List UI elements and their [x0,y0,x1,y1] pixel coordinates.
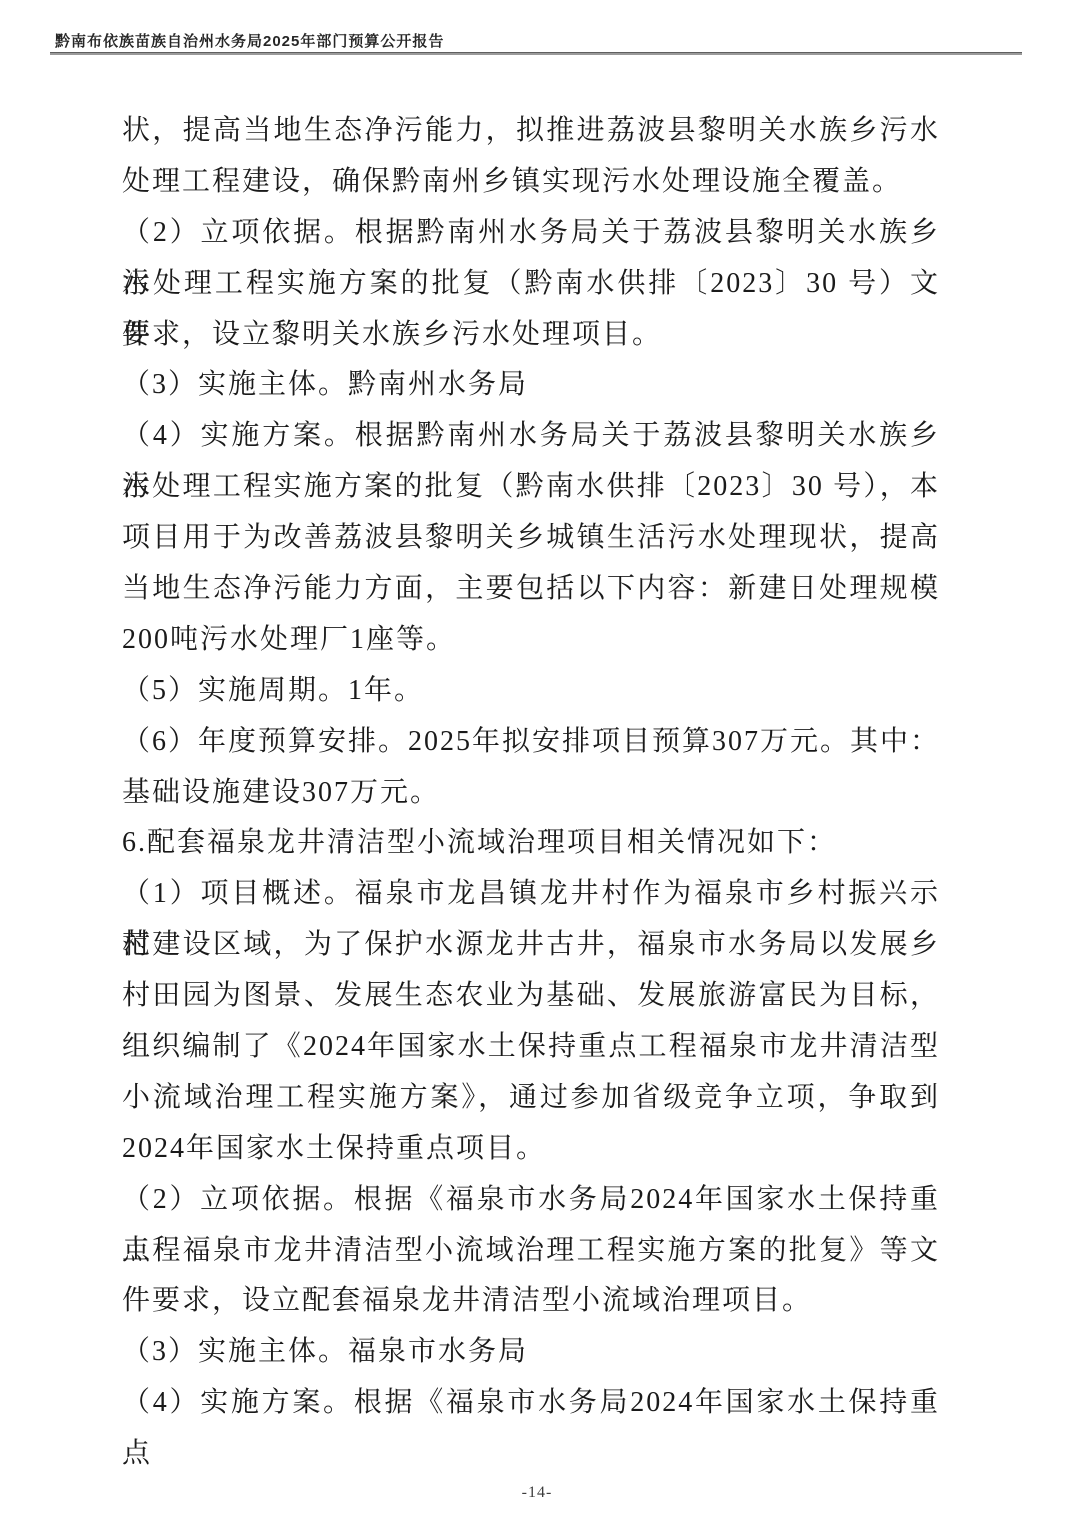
text-line: 当地生态净污能力方面，主要包括以下内容：新建日处理规模 [122,564,940,615]
text-line: （2）立项依据。根据黔南州水务局关于荔波县黎明关水族乡污 [122,208,940,259]
text-line: 工程福泉市龙井清洁型小流域治理工程实施方案的批复》等文 [122,1226,940,1277]
text-line: 项目用于为改善荔波县黎明关乡城镇生活污水处理现状，提高 [122,513,940,564]
text-line: 水处理工程实施方案的批复（黔南水供排〔2023〕30 号），本 [122,462,940,513]
text-line: （3）实施主体。黔南州水务局 [122,360,940,411]
text-line: 要求，设立黎明关水族乡污水处理项目。 [122,310,940,361]
text-line: 组织编制了《2024年国家水土保持重点工程福泉市龙井清洁型 [122,1022,940,1073]
text-line: 6.配套福泉龙井清洁型小流域治理项目相关情况如下： [122,818,940,869]
page-header-title: 黔南布依族苗族自治州水务局2025年部门预算公开报告 [55,30,444,51]
text-line: 状，提高当地生态净污能力，拟推进荔波县黎明关水族乡污水 [122,106,940,157]
page-number: -14- [0,1484,1074,1502]
text-line: （2）立项依据。根据《福泉市水务局2024年国家水土保持重点 [122,1175,940,1226]
text-line: 处理工程建设，确保黔南州乡镇实现污水处理设施全覆盖。 [122,157,940,208]
text-line: （5）实施周期。1年。 [122,666,940,717]
text-line: 水处理工程实施方案的批复（黔南水供排〔2023〕30 号）文件 [122,259,940,310]
text-line: 村田园为图景、发展生态农业为基础、发展旅游富民为目标， [122,971,940,1022]
text-line: （4）实施方案。根据黔南州水务局关于荔波县黎明关水族乡污 [122,411,940,462]
text-line: （3）实施主体。福泉市水务局 [122,1327,940,1378]
text-line: 基础设施建设307万元。 [122,768,940,819]
text-line: 小流域治理工程实施方案》，通过参加省级竞争立项，争取到 [122,1073,940,1124]
document-body: 状，提高当地生态净污能力，拟推进荔波县黎明关水族乡污水处理工程建设，确保黔南州乡… [122,106,940,1429]
header-divider [50,52,1022,55]
text-line: （4）实施方案。根据《福泉市水务局2024年国家水土保持重点 [122,1378,940,1429]
document-page: 黔南布依族苗族自治州水务局2025年部门预算公开报告 状，提高当地生态净污能力，… [0,0,1074,1520]
text-line: （6）年度预算安排。2025年拟安排项目预算307万元。其中： [122,717,940,768]
text-line: （1）项目概述。福泉市龙昌镇龙井村作为福泉市乡村振兴示范 [122,869,940,920]
text-line: 2024年国家水土保持重点项目。 [122,1124,940,1175]
text-line: 件要求，设立配套福泉龙井清洁型小流域治理项目。 [122,1276,940,1327]
text-line: 村建设区域，为了保护水源龙井古井，福泉市水务局以发展乡 [122,920,940,971]
text-line: 200吨污水处理厂1座等。 [122,615,940,666]
